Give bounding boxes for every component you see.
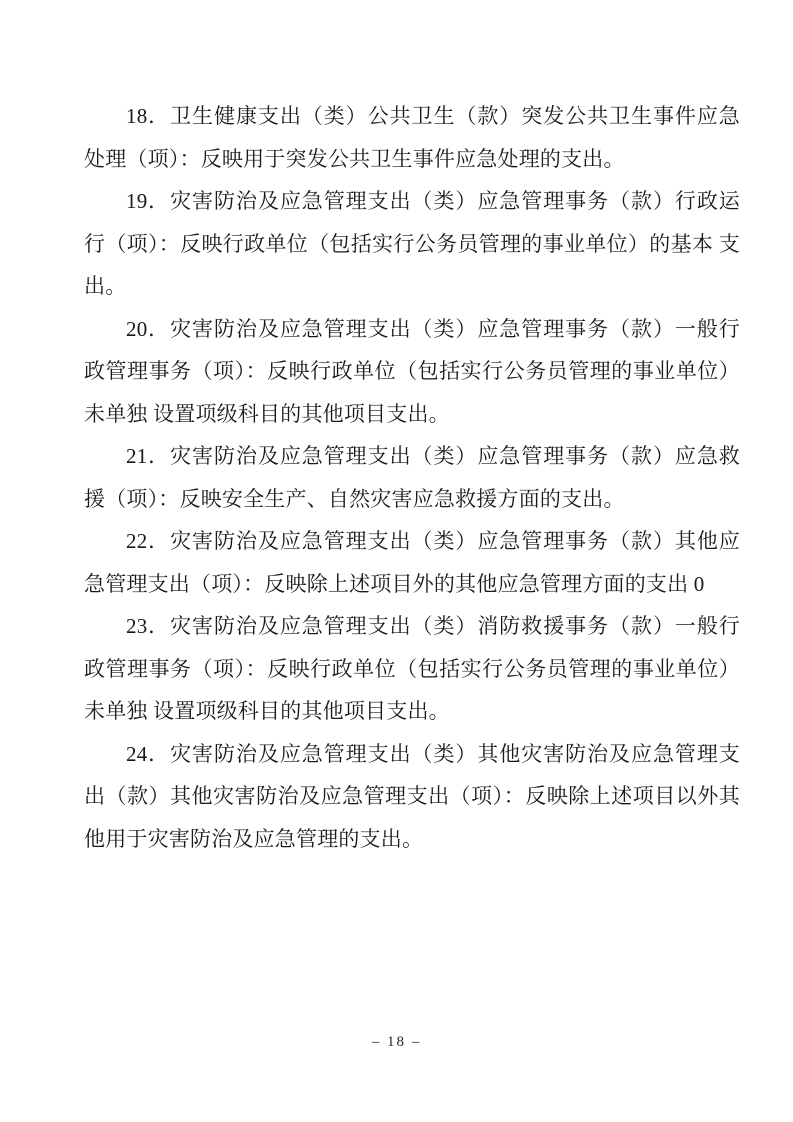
paragraph-item-24: 24．灾害防治及应急管理支出（类）其他灾害防治及应急管理支出（款）其他灾害防治及… bbox=[84, 733, 740, 861]
paragraph-item-18: 18．卫生健康支出（类）公共卫生（款）突发公共卫生事件应急处理（项）：反映用于突… bbox=[84, 95, 740, 180]
paragraph-item-22: 22．灾害防治及应急管理支出（类）应急管理事务（款）其他应急管理支出（项）：反映… bbox=[84, 520, 740, 605]
page-footer: – 18 – bbox=[0, 1033, 793, 1051]
document-body: 18．卫生健康支出（类）公共卫生（款）突发公共卫生事件应急处理（项）：反映用于突… bbox=[84, 95, 740, 860]
paragraph-item-19: 19．灾害防治及应急管理支出（类）应急管理事务（款）行政运行（项）：反映行政单位… bbox=[84, 180, 740, 308]
page-number: – 18 – bbox=[372, 1034, 422, 1051]
paragraph-item-20: 20．灾害防治及应急管理支出（类）应急管理事务（款）一般行政管理事务（项）：反映… bbox=[84, 308, 740, 436]
document-page: 18．卫生健康支出（类）公共卫生（款）突发公共卫生事件应急处理（项）：反映用于突… bbox=[0, 0, 793, 1122]
paragraph-item-21: 21．灾害防治及应急管理支出（类）应急管理事务（款）应急救援（项）：反映安全生产… bbox=[84, 435, 740, 520]
paragraph-item-23: 23．灾害防治及应急管理支出（类）消防救援事务（款）一般行政管理事务（项）：反映… bbox=[84, 605, 740, 733]
